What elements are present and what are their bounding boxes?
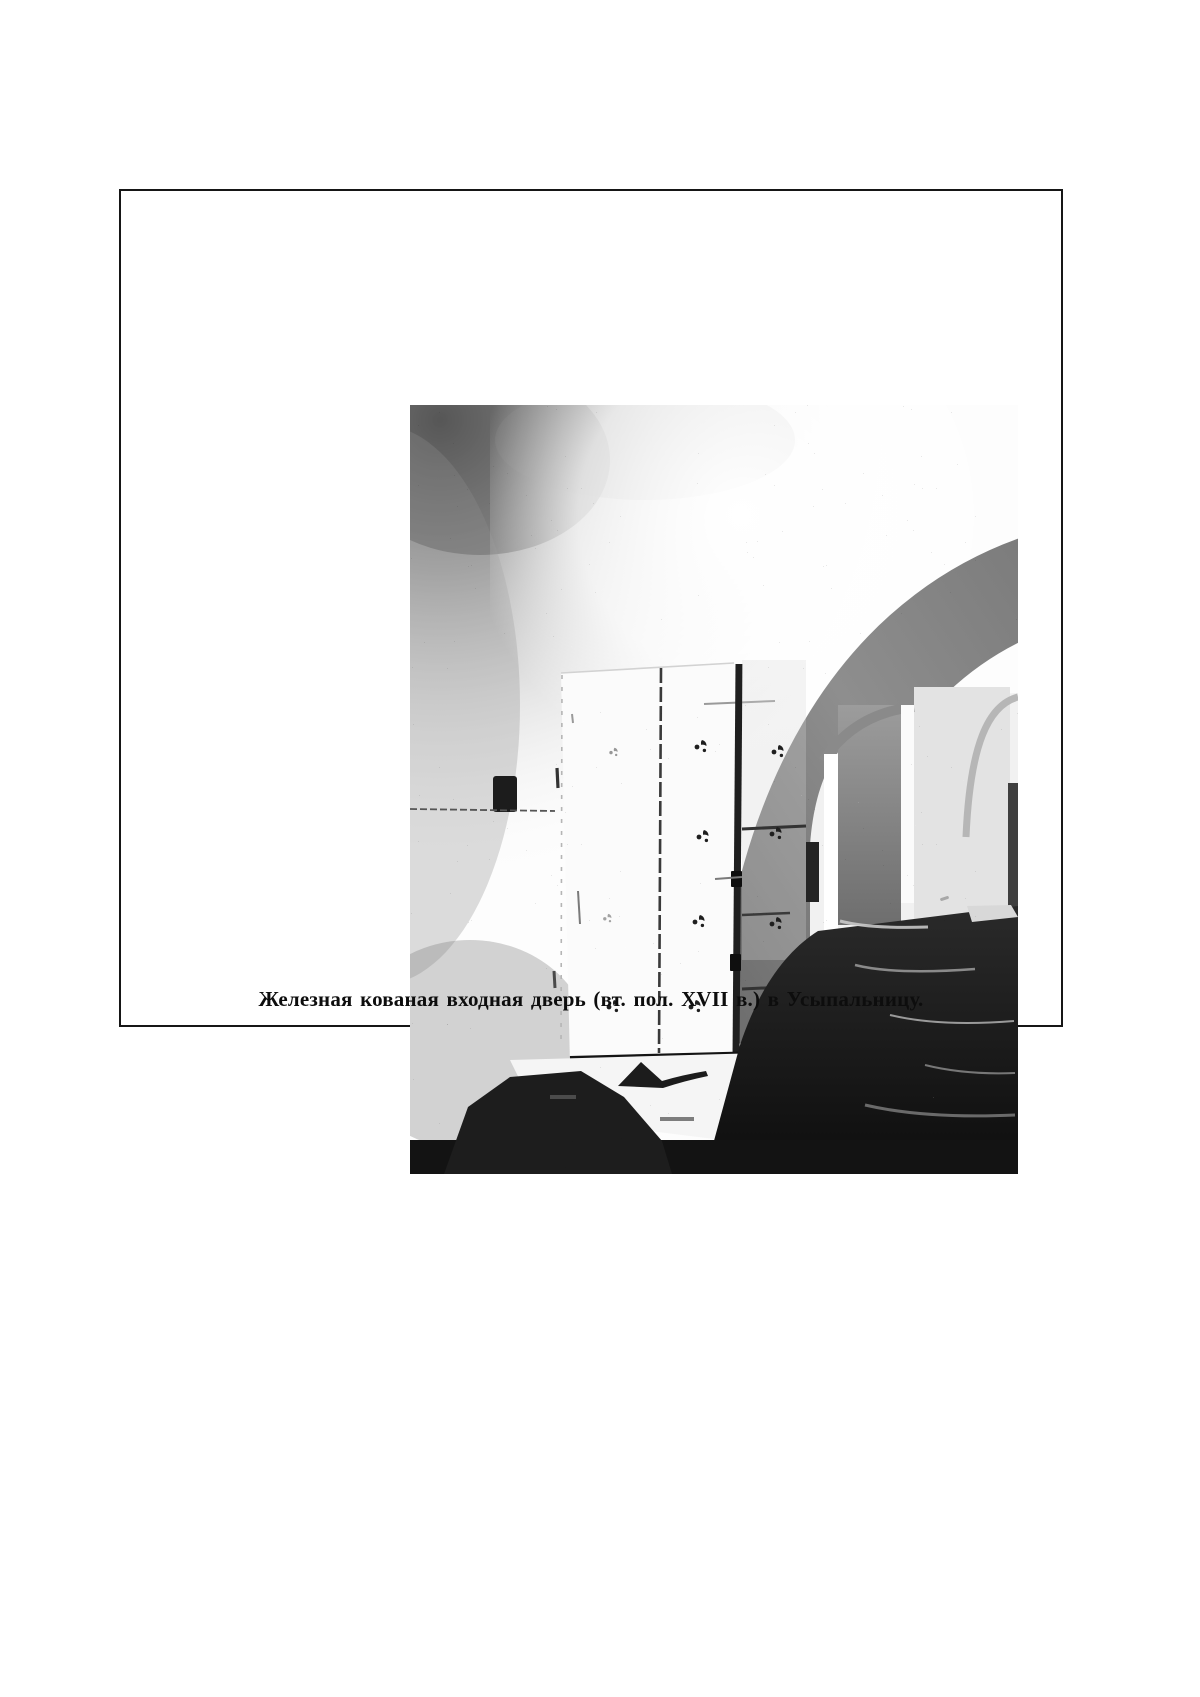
iron-door-photo-illustration [410,405,1018,1174]
figure-caption: Железная кованая входная дверь (вт. пол.… [121,985,1061,1017]
figure-plate-frame [119,189,1063,1027]
iron-door-photo [410,405,1018,1174]
scanned-book-page: Железная кованая входная дверь (вт. пол.… [0,0,1200,1697]
halftone-grain [410,405,1018,1174]
